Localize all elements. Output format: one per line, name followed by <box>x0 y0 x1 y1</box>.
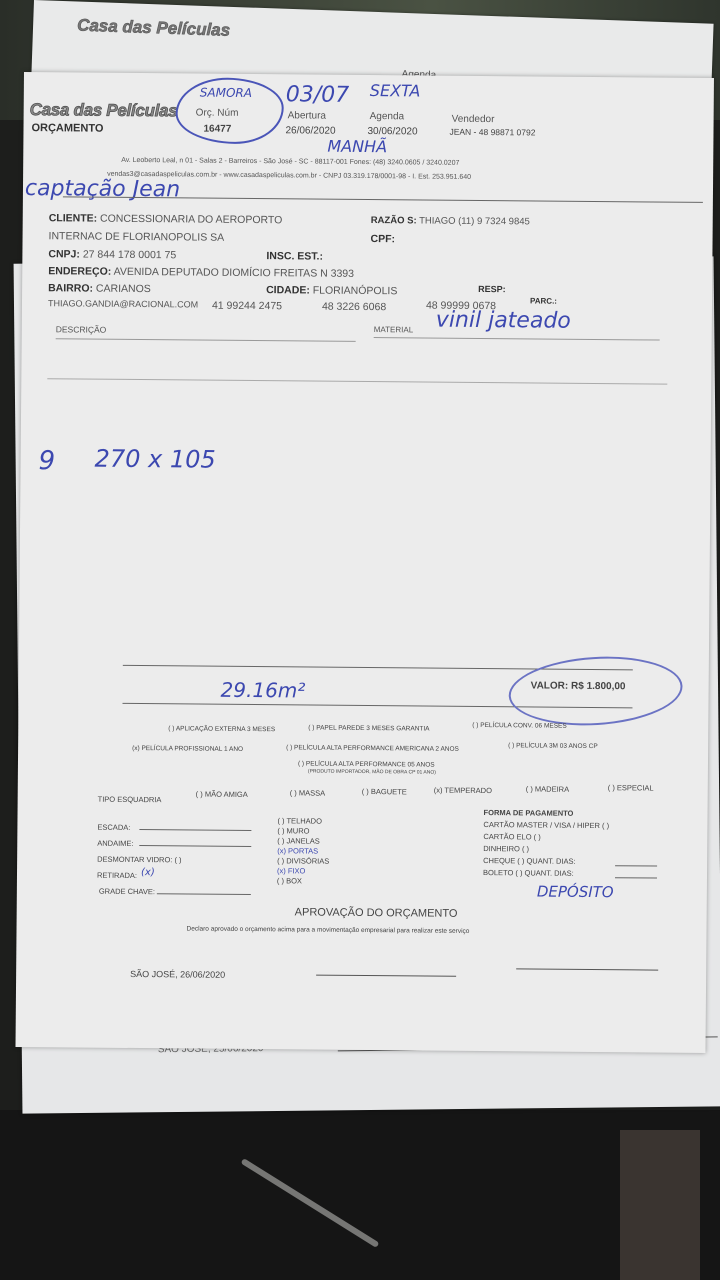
descricao-line <box>56 338 356 342</box>
background-bottom <box>0 1110 720 1280</box>
cheque-days-line <box>615 865 657 866</box>
esquadria-mao-amiga[interactable]: ( ) MÃO AMIGA <box>196 790 248 799</box>
option-pelicula-americana[interactable]: ( ) PELÍCULA ALTA PERFORMANCE AMERICANA … <box>286 744 459 753</box>
option-pelicula-05-anos-note: (PRODUTO IMPORTADOR, MÃO DE OBRA CP 01 A… <box>308 769 436 776</box>
document-type: ORÇAMENTO <box>31 122 103 135</box>
phone2-value: 48 3226 6068 <box>322 301 386 314</box>
grade-chave-line <box>157 893 251 895</box>
esquadria-label: TIPO ESQUADRIA <box>98 795 162 805</box>
esquadria-massa[interactable]: ( ) MASSA <box>290 788 325 797</box>
bairro-field: BAIRRO: CARIANOS <box>48 282 151 295</box>
cnpj-value: 27 844 178 0001 75 <box>83 249 177 262</box>
parc-label: PARC.: <box>530 296 557 305</box>
cnpj-field: CNPJ: 27 844 178 0001 75 <box>48 248 176 261</box>
resp-label: RESP: <box>478 284 506 294</box>
handwritten-quantity: 9 <box>38 446 55 476</box>
parc-field: PARC.: <box>530 296 557 305</box>
escada-label: ESCADA: <box>97 823 130 832</box>
handwritten-payment-note: DEPÓSITO <box>537 883 614 902</box>
handwritten-dimensions: 270 x 105 <box>95 445 216 474</box>
endereco-label: ENDEREÇO: <box>48 265 111 278</box>
esquadria-especial[interactable]: ( ) ESPECIAL <box>608 783 654 792</box>
location-portas[interactable]: (x) PORTAS <box>277 846 318 855</box>
descricao-label: DESCRIÇÃO <box>56 324 107 334</box>
payment-boleto[interactable]: BOLETO ( ) QUANT. DIAS: <box>483 868 574 878</box>
retirada-label: RETIRADA: <box>97 871 137 880</box>
cpf-field: CPF: <box>371 233 396 245</box>
abertura-label: Abertura <box>288 110 326 121</box>
fabric-fold <box>241 1158 380 1248</box>
handwritten-weekday: SEXTA <box>370 81 421 100</box>
escada-line <box>139 829 251 831</box>
bairro-label: BAIRRO: <box>48 282 93 294</box>
location-telhado[interactable]: ( ) TELHADO <box>277 816 322 825</box>
resp-field: RESP: <box>478 284 506 294</box>
handwritten-date: 03/07 <box>286 82 350 108</box>
location-janelas[interactable]: ( ) JANELAS <box>277 836 320 845</box>
esquadria-madeira[interactable]: ( ) MADEIRA <box>526 784 569 793</box>
payment-cartao-master[interactable]: CARTÃO MASTER / VISA / HIPER ( ) <box>483 820 609 830</box>
andaime-line <box>139 845 251 847</box>
razao-value: THIAGO (11) 9 7324 9845 <box>419 215 530 227</box>
option-aplicacao-externa[interactable]: ( ) APLICAÇÃO EXTERNA 3 MESES <box>168 725 275 733</box>
esquadria-temperado[interactable]: (x) TEMPERADO <box>434 786 492 796</box>
company-address: Av. Leoberto Leal, n 01 - Salas 2 - Barr… <box>121 157 459 167</box>
divider <box>47 378 667 384</box>
cliente-label: CLIENTE: <box>49 212 98 224</box>
valor-field: VALOR: R$ 1.800,00 <box>531 680 626 692</box>
payment-cheque[interactable]: CHEQUE ( ) QUANT. DIAS: <box>483 856 576 866</box>
option-pelicula-conv[interactable]: ( ) PELÍCULA CONV. 06 MESES <box>472 722 566 730</box>
handwritten-area: 29.16m² <box>221 678 306 703</box>
payment-title: FORMA DE PAGAMENTO <box>484 808 574 818</box>
valor-amount: R$ 1.800,00 <box>571 681 626 692</box>
cidade-value: FLORIANÓPOLIS <box>313 285 398 298</box>
esquadria-baguete[interactable]: ( ) BAGUETE <box>362 787 407 796</box>
retirada-checkmark[interactable]: (x) <box>141 867 155 878</box>
handwritten-cloud-name: SAMORA <box>200 86 252 100</box>
cnpj-label: CNPJ: <box>48 248 80 260</box>
company-logo: Casa das Películas <box>30 100 178 121</box>
abertura-value: 26/06/2020 <box>285 125 335 136</box>
grade-chave-label: GRADE CHAVE: <box>99 887 155 896</box>
signature-line-client <box>316 975 456 977</box>
agenda-value: 30/06/2020 <box>367 126 417 137</box>
handwritten-period: MANHÃ <box>327 137 387 157</box>
handwritten-material: vinil jateado <box>436 308 571 334</box>
cliente-field: CLIENTE: CONCESSIONARIA DO AEROPORTO <box>49 212 283 226</box>
email-value: THIAGO.GANDIA@RACIONAL.COM <box>48 298 198 309</box>
approval-place-date: SÃO JOSÉ, 26/06/2020 <box>130 969 225 980</box>
background-object <box>620 1130 700 1280</box>
razao-label: RAZÃO S: <box>371 215 417 226</box>
location-fixo[interactable]: (x) FIXO <box>277 866 305 875</box>
material-line <box>374 337 660 340</box>
andaime-label: ANDAIME: <box>97 839 133 848</box>
bairro-value: CARIANOS <box>96 283 151 295</box>
boleto-days-line <box>615 877 657 878</box>
payment-dinheiro[interactable]: DINHEIRO ( ) <box>483 844 529 853</box>
endereco-field: ENDEREÇO: AVENIDA DEPUTADO DIOMÍCIO FREI… <box>48 265 354 280</box>
option-pelicula-05-anos[interactable]: ( ) PELÍCULA ALTA PERFORMANCE 05 ANOS <box>298 760 435 768</box>
approval-title: APROVAÇÃO DO ORÇAMENTO <box>295 906 458 919</box>
option-pelicula-3m[interactable]: ( ) PELÍCULA 3M 03 ANOS CP <box>508 742 598 750</box>
cidade-label: CIDADE: <box>266 284 310 296</box>
option-pelicula-profissional[interactable]: (x) PELÍCULA PROFISSIONAL 1 ANO <box>132 745 243 753</box>
back-sheet-logo: Casa das Películas <box>77 16 231 41</box>
cidade-field: CIDADE: FLORIANÓPOLIS <box>266 284 397 297</box>
cliente-value-line2: INTERNAC DE FLORIANOPOLIS SA <box>49 230 225 244</box>
location-muro[interactable]: ( ) MURO <box>277 826 309 835</box>
handwritten-captacao: captação Jean <box>25 176 180 202</box>
insc-label: INSC. EST.: <box>266 250 323 262</box>
phone1-value: 41 99244 2475 <box>212 300 282 313</box>
location-divisorias[interactable]: ( ) DIVISÓRIAS <box>277 856 329 865</box>
insc-field: INSC. EST.: <box>266 250 323 262</box>
valor-label: VALOR: <box>531 680 569 691</box>
agenda-label: Agenda <box>370 111 405 122</box>
razao-field: RAZÃO S: THIAGO (11) 9 7324 9845 <box>371 215 530 227</box>
signature-line-company <box>516 968 658 970</box>
desmontar-vidro-option[interactable]: DESMONTAR VIDRO: ( ) <box>97 855 182 865</box>
endereco-value: AVENIDA DEPUTADO DIOMÍCIO FREITAS N 3393 <box>114 266 354 280</box>
option-papel-parede[interactable]: ( ) PAPEL PAREDE 3 MESES GARANTIA <box>308 725 429 733</box>
vendedor-value: JEAN - 48 98871 0792 <box>449 127 535 138</box>
location-box[interactable]: ( ) BOX <box>277 876 302 885</box>
quote-document: Casa das Películas ORÇAMENTO SAMORA Orç.… <box>15 72 713 1053</box>
approval-text: Declaro aprovado o orçamento acima para … <box>186 925 469 934</box>
payment-cartao-elo[interactable]: CARTÃO ELO ( ) <box>483 832 540 842</box>
cpf-label: CPF: <box>371 233 396 245</box>
orc-num-label: Orç. Núm <box>196 107 239 118</box>
material-label: MATERIAL <box>374 325 413 334</box>
vendedor-label: Vendedor <box>452 114 495 125</box>
cliente-value: CONCESSIONARIA DO AEROPORTO <box>100 213 282 227</box>
orc-num-value: 16477 <box>203 124 231 135</box>
